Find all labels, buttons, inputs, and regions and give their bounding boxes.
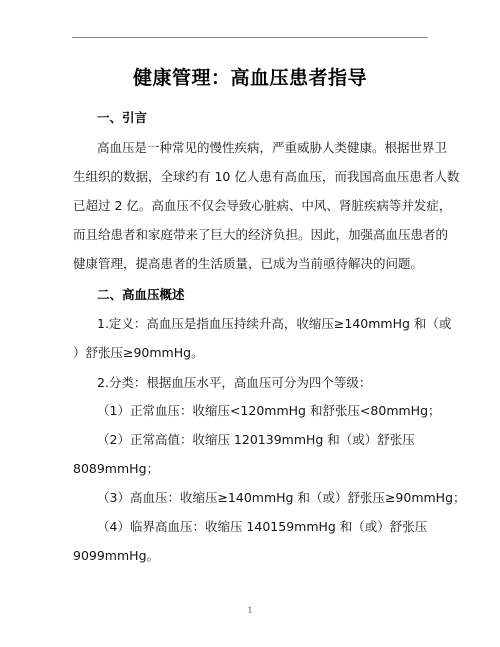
page-number: 1 <box>245 606 255 615</box>
classification-item: 9099mmHg。 <box>73 547 429 565</box>
document-title: 健康管理：高血压患者指导 <box>72 64 428 92</box>
definition-line: 1.定义：高血压是指血压持续升高，收缩压≥140mmHg 和（或 <box>97 315 429 333</box>
paragraph-line: 而且给患者和家庭带来了巨大的经济负担。因此，加强高血压患者的 <box>73 226 429 244</box>
section-heading-overview: 二、高血压概述 <box>97 286 429 304</box>
classification-item: （2）正常高值：收缩压 120139mmHg 和（或）舒张压 <box>97 431 429 449</box>
definition-line: ）舒张压≥90mmHg。 <box>73 344 429 362</box>
classification-item: （3）高血压：收缩压≥140mmHg 和（或）舒张压≥90mmHg； <box>97 489 429 507</box>
classification-item: 8089mmHg； <box>73 460 429 478</box>
classification-item: （4）临界高血压：收缩压 140159mmHg 和（或）舒张压 <box>97 518 429 536</box>
paragraph-line: 高血压是一种常见的慢性疾病，严重威胁人类健康。根据世界卫 <box>97 139 429 157</box>
classification-line: 2.分类：根据血压水平，高血压可分为四个等级： <box>97 374 429 392</box>
paragraph-line: 生组织的数据，全球约有 10 亿人患有高血压，而我国高血压患者人数 <box>73 168 429 186</box>
paragraph-line: 已超过 2 亿。高血压不仅会导致心脏病、中风、肾脏疾病等并发症， <box>73 197 429 215</box>
paragraph-line: 健康管理，提高患者的生活质量，已成为当前亟待解决的问题。 <box>73 255 429 273</box>
section-heading-introduction: 一、引言 <box>97 109 429 127</box>
classification-item: （1）正常血压：收缩压<120mmHg 和舒张压<80mmHg； <box>97 402 429 420</box>
header-rule <box>72 37 428 38</box>
